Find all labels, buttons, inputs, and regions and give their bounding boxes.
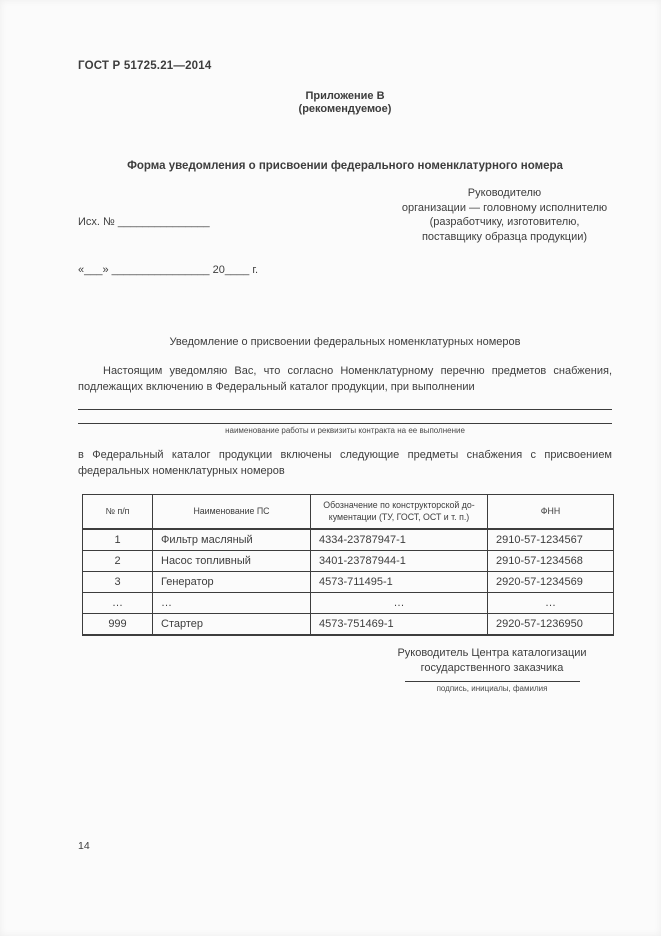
items-table-body: 1Фильтр масляный4334-23787947-12910-57-1… [83, 529, 614, 635]
table-cell: 2920-57-1234569 [488, 572, 614, 593]
table-cell: 2 [83, 551, 153, 572]
table-header-row: № п/п Наименование ПС Обозначение по кон… [83, 495, 614, 530]
outgoing-number-line: Исх. № _______________ [78, 214, 258, 230]
outgoing-reference-block: Исх. № _______________ «___» ___________… [78, 182, 258, 310]
table-cell: 3 [83, 572, 153, 593]
table-cell: 2910-57-1234567 [488, 529, 614, 551]
signature-role-line: государственного заказчика [372, 661, 612, 676]
notice-paragraph-2: в Федеральный каталог продукции включены… [78, 447, 612, 479]
addressee-line: (разработчику, изготовителю, [397, 215, 612, 230]
table-cell: 4334-23787947-1 [311, 529, 488, 551]
document-page: ГОСТ Р 51725.21—2014 Приложение В (реком… [0, 0, 661, 936]
items-table: № п/п Наименование ПС Обозначение по кон… [82, 494, 614, 636]
table-row: 3Генератор4573-711495-12920-57-1234569 [83, 572, 614, 593]
table-cell: 2910-57-1234568 [488, 551, 614, 572]
fill-in-line-1 [78, 409, 612, 410]
col-header-name: Наименование ПС [153, 495, 311, 530]
table-cell: 3401-23787944-1 [311, 551, 488, 572]
table-cell: … [83, 593, 153, 614]
table-cell: Стартер [153, 614, 311, 636]
fill-in-caption: наименование работы и реквизиты контракт… [78, 426, 612, 435]
signature-caption: подпись, инициалы, фамилия [372, 684, 612, 693]
table-row: ………… [83, 593, 614, 614]
appendix-title: Приложение В [78, 90, 612, 103]
reference-row: Исх. № _______________ «___» ___________… [78, 182, 612, 310]
table-cell: 4573-751469-1 [311, 614, 488, 636]
table-cell: 4573-711495-1 [311, 572, 488, 593]
appendix-note: (рекомендуемое) [78, 103, 612, 116]
table-cell: … [488, 593, 614, 614]
notice-paragraph-1: Настоящим уведомляю Вас, что согласно Но… [78, 363, 612, 395]
table-cell: 1 [83, 529, 153, 551]
table-row: 1Фильтр масляный4334-23787947-12910-57-1… [83, 529, 614, 551]
items-table-header: № п/п Наименование ПС Обозначение по кон… [83, 495, 614, 530]
page-number: 14 [78, 840, 90, 852]
fill-in-line-2 [78, 423, 612, 424]
table-cell: Генератор [153, 572, 311, 593]
table-cell: … [153, 593, 311, 614]
table-cell: Фильтр масляный [153, 529, 311, 551]
signature-line [405, 681, 580, 682]
form-title: Форма уведомления о присвоении федеральн… [78, 159, 612, 173]
col-header-fnn: ФНН [488, 495, 614, 530]
table-cell: … [311, 593, 488, 614]
signature-role-line: Руководитель Центра каталогизации [372, 646, 612, 661]
addressee-line: Руководителю [397, 186, 612, 201]
standard-number: ГОСТ Р 51725.21—2014 [78, 60, 612, 73]
addressee-line: поставщику образца продукции) [397, 230, 612, 245]
col-header-designation: Обозначение по конструкторской до- кумен… [311, 495, 488, 530]
table-cell: 2920-57-1236950 [488, 614, 614, 636]
table-cell: Насос топливный [153, 551, 311, 572]
page-content: ГОСТ Р 51725.21—2014 Приложение В (реком… [0, 0, 661, 693]
signature-block: Руководитель Центра каталогизации госуда… [372, 646, 612, 693]
appendix-heading: Приложение В (рекомендуемое) [78, 90, 612, 116]
col-header-num: № п/п [83, 495, 153, 530]
addressee-block: Руководителю организации — головному исп… [397, 182, 612, 244]
table-cell: 999 [83, 614, 153, 636]
addressee-line: организации — головному исполнителю [397, 201, 612, 216]
notice-title: Уведомление о присвоении федеральных ном… [78, 336, 612, 349]
table-row: 999Стартер4573-751469-12920-57-1236950 [83, 614, 614, 636]
date-line: «___» ________________ 20____ г. [78, 262, 258, 278]
table-row: 2Насос топливный3401-23787944-12910-57-1… [83, 551, 614, 572]
